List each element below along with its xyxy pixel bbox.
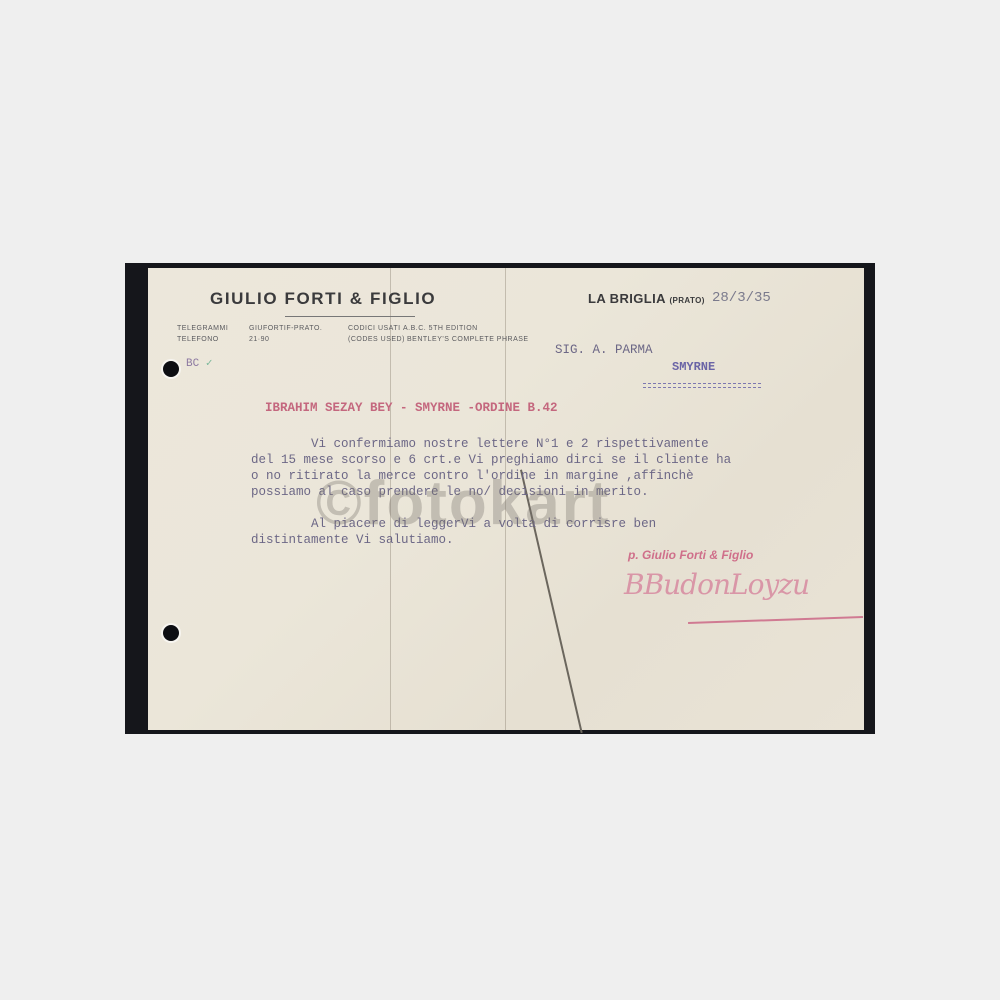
firm-stamp: p. Giulio Forti & Figlio [628,548,753,562]
code-bentley: BENTLEY'S COMPLETE PHRASE [407,336,529,343]
initials: BC [186,358,199,370]
telegrams-label: TELEGRAMMI [177,325,228,332]
code-abc: A.B.C. 5TH EDITION [403,325,478,332]
subject-line: IBRAHIM SEZAY BEY - SMYRNE -ORDINE B.42 [265,401,558,415]
place-header: LA BRIGLIA (PRATO) [588,291,705,306]
handwritten-signature: BBudonLoyzu [624,568,809,601]
company-letterhead: GIULIO FORTI & FIGLIO [210,289,436,309]
place-name: LA BRIGLIA [588,291,665,306]
punch-hole-bottom [163,625,179,641]
body-line: Vi confermiamo nostre lettere N°1 e 2 ri… [251,437,709,451]
codes-label-it: CODICI USATI [348,325,401,332]
recipient-city: SMYRNE [672,360,715,374]
watermark: ©fotokart [316,468,610,539]
recipient-name: SIG. A. PARMA [555,343,653,357]
phone-value: 21·90 [249,336,269,343]
recipient-underline [643,383,761,388]
codes-label-en: (CODES USED) [348,336,405,343]
body-line: del 15 mese scorso e 6 crt.e Vi preghiam… [251,453,731,467]
letterhead-rule [285,316,415,317]
telegrams-value: GIUFORTIF-PRATO. [249,325,322,332]
place-sub: (PRATO) [669,296,704,305]
letter-date: 28/3/35 [712,290,771,306]
phone-label: TELEFONO [177,336,219,343]
check-mark-icon: ✓ [206,358,213,370]
initials-annotation: BC ✓ [186,356,212,370]
punch-hole-top [163,361,179,377]
